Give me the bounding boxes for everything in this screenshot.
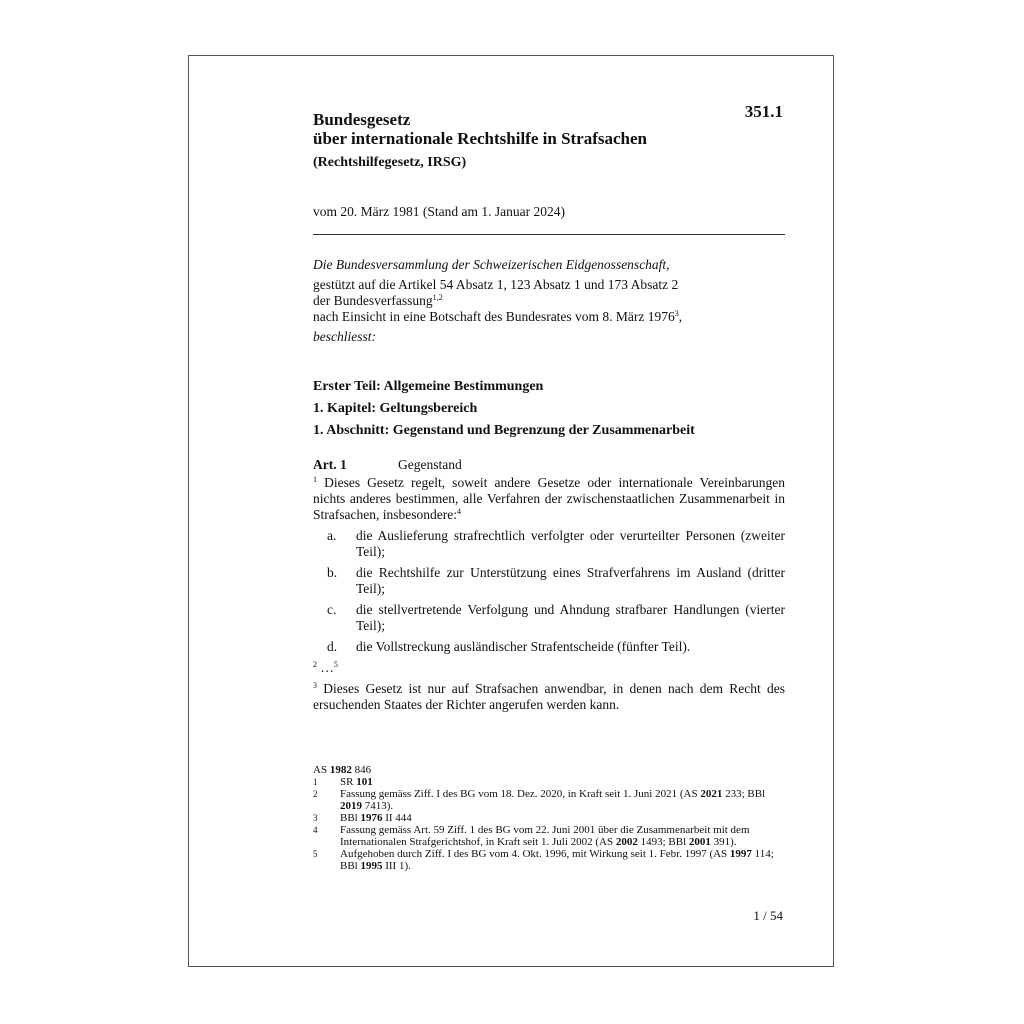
list-item: a.die Auslieferung strafrechtlich verfol…	[313, 528, 785, 560]
document-page: 351.1 Bundesgesetz über internationale R…	[188, 55, 834, 967]
section-headings: Erster Teil: Allgemeine Bestimmungen 1. …	[313, 376, 695, 442]
footnote-text: SR 101	[340, 776, 373, 788]
list-item: d.die Vollstreckung ausländischer Strafe…	[313, 639, 785, 655]
footnote-item: 3BBl 1976 II 444	[313, 812, 785, 824]
footnote-number: 2	[313, 788, 340, 812]
paragraph-1: 1 Dieses Gesetz regelt, soweit andere Ge…	[313, 475, 785, 523]
title-line-2: über internationale Rechtshilfe in Straf…	[313, 129, 647, 148]
footnote-item: 2Fassung gemäss Ziff. I des BG vom 18. D…	[313, 788, 785, 812]
law-title: Bundesgesetz über internationale Rechtsh…	[313, 110, 647, 148]
preamble-intro: Die Bundesversammlung der Schweizerische…	[313, 257, 785, 273]
footnote-number: 5	[313, 848, 340, 872]
preamble: Die Bundesversammlung der Schweizerische…	[313, 257, 785, 345]
footnote-text: BBl 1976 II 444	[340, 812, 412, 824]
footnote-text: Fassung gemäss Ziff. I des BG vom 18. De…	[340, 788, 785, 812]
chapter-heading: 1. Kapitel: Geltungsbereich	[313, 398, 695, 420]
footnote-text: Aufgehoben durch Ziff. I des BG vom 4. O…	[340, 848, 785, 872]
article-title: Gegenstand	[398, 457, 462, 472]
footnote-number: 4	[313, 824, 340, 848]
article-number: Art. 1	[313, 457, 398, 473]
short-title: (Rechtshilfegesetz, IRSG)	[313, 155, 466, 171]
paragraph-3: 3 Dieses Gesetz ist nur auf Strafsachen …	[313, 681, 785, 713]
header-divider	[313, 234, 785, 235]
footnote-number: 3	[313, 812, 340, 824]
footnote-item: 5Aufgehoben durch Ziff. I des BG vom 4. …	[313, 848, 785, 872]
footnote-item: 4Fassung gemäss Art. 59 Ziff. 1 des BG v…	[313, 824, 785, 848]
page-number: 1 / 54	[739, 908, 783, 924]
article-heading: Art. 1Gegenstand	[313, 457, 462, 473]
date-line: vom 20. März 1981 (Stand am 1. Januar 20…	[313, 204, 565, 220]
paragraph-2: 2 …5	[313, 660, 785, 676]
footnote-ref[interactable]: 1,2	[433, 293, 443, 302]
footnote-item: 1SR 101	[313, 776, 785, 788]
footnotes: AS 1982 846 1SR 1012Fassung gemäss Ziff.…	[313, 764, 785, 872]
footnote-list: 1SR 1012Fassung gemäss Ziff. I des BG vo…	[313, 776, 785, 872]
footnote-ref[interactable]: 5	[334, 660, 338, 669]
footnote-ref[interactable]: 4	[457, 507, 461, 516]
part-heading: Erster Teil: Allgemeine Bestimmungen	[313, 376, 695, 398]
preamble-resolves: beschliesst:	[313, 329, 785, 345]
footnote-text: Fassung gemäss Art. 59 Ziff. 1 des BG vo…	[340, 824, 785, 848]
list-item: b.die Rechtshilfe zur Unterstützung eine…	[313, 565, 785, 597]
list-item: c.die stellvertretende Verfolgung und Ah…	[313, 602, 785, 634]
as-reference: AS 1982 846	[313, 764, 785, 776]
sr-number: 351.1	[739, 102, 783, 122]
section-heading: 1. Abschnitt: Gegenstand und Begrenzung …	[313, 420, 695, 442]
preamble-basis: gestützt auf die Artikel 54 Absatz 1, 12…	[313, 277, 785, 309]
preamble-message: nach Einsicht in eine Botschaft des Bund…	[313, 309, 785, 325]
title-line-1: Bundesgesetz	[313, 110, 647, 129]
footnote-number: 1	[313, 776, 340, 788]
article-body: 1 Dieses Gesetz regelt, soweit andere Ge…	[313, 475, 785, 718]
